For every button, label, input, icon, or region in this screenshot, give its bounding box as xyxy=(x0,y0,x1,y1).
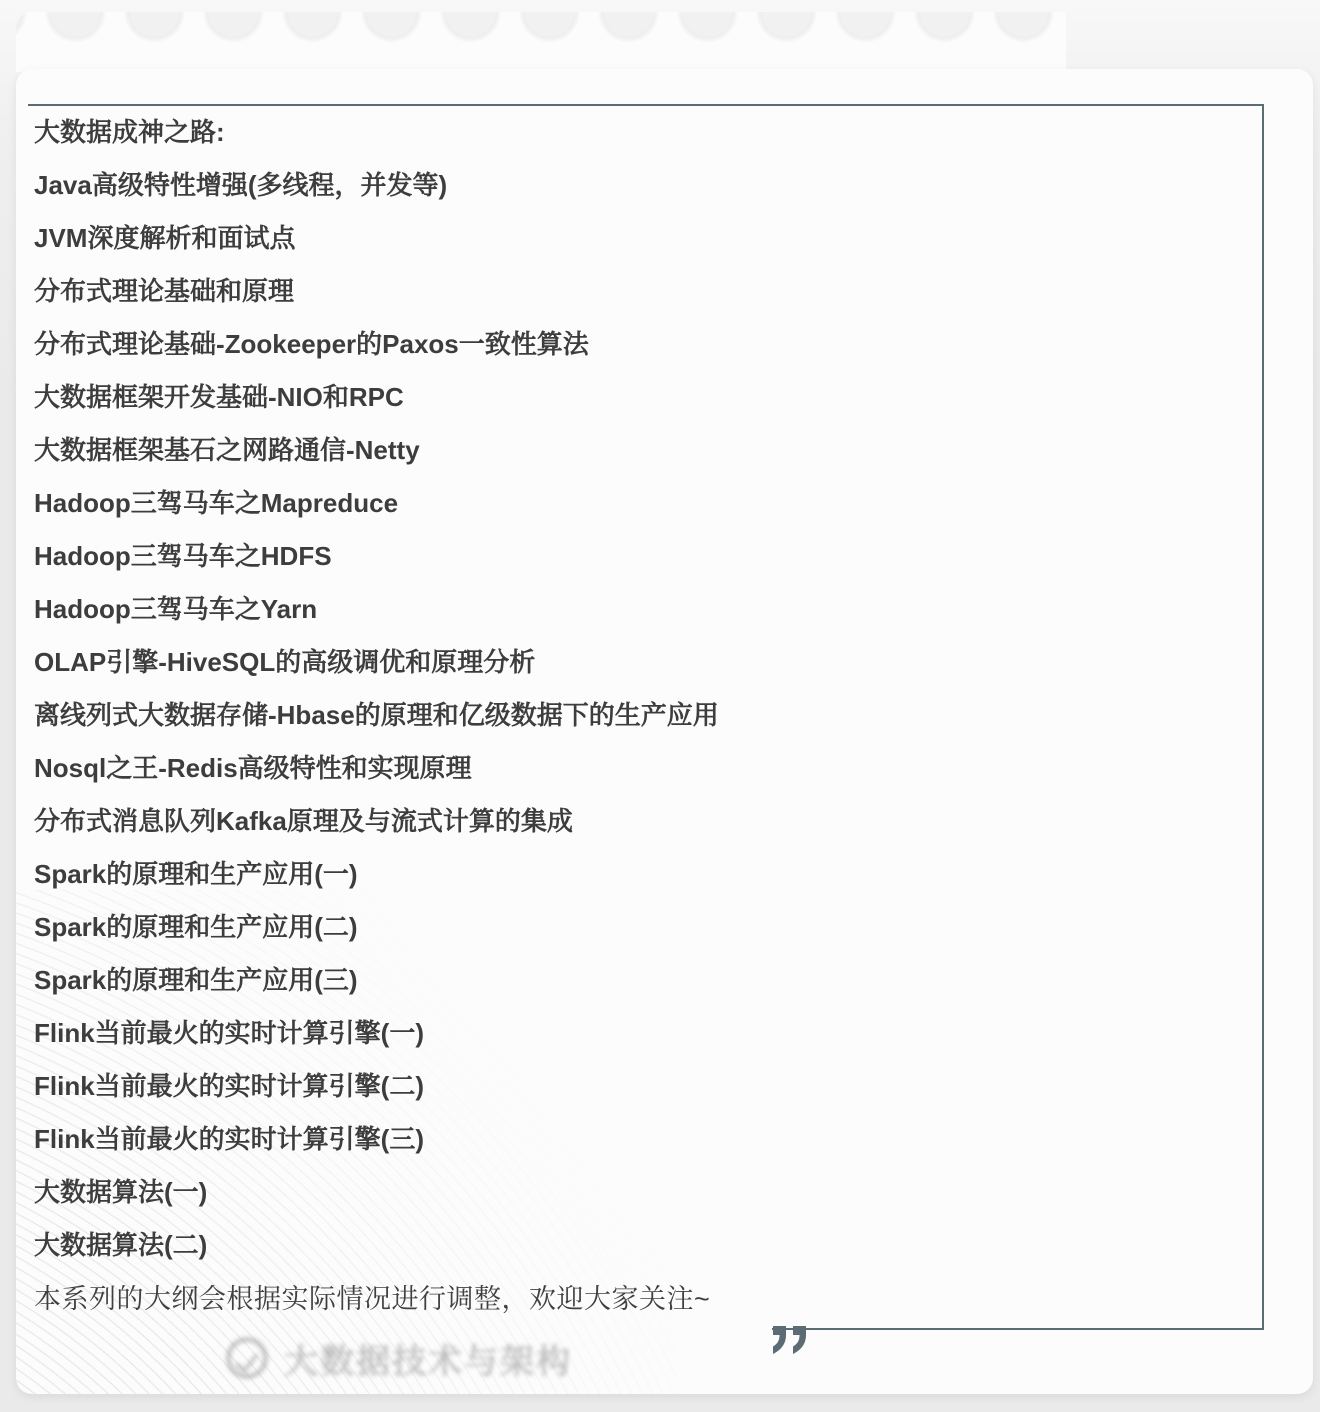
list-item: 大数据框架开发基础-NIO和RPC xyxy=(28,369,1260,422)
list-item: 分布式消息队列Kafka原理及与流式计算的集成 xyxy=(28,793,1260,846)
list-item: Spark的原理和生产应用(三) xyxy=(28,952,1260,1005)
list-item: OLAP引擎-HiveSQL的高级调优和原理分析 xyxy=(28,634,1260,687)
brand-watermark-text: 大数据技术与架构 xyxy=(284,1334,572,1383)
quote-bottom-border xyxy=(772,1328,1262,1330)
list-item: 离线列式大数据存储-Hbase的原理和亿级数据下的生产应用 xyxy=(28,687,1260,740)
list-item: JVM深度解析和面试点 xyxy=(28,210,1260,263)
list-item: Flink当前最火的实时计算引擎(二) xyxy=(28,1058,1260,1111)
list-item: Hadoop三驾马车之Yarn xyxy=(28,581,1260,634)
list-item: Hadoop三驾马车之HDFS xyxy=(28,528,1260,581)
list-item: Flink当前最火的实时计算引擎(三) xyxy=(28,1111,1260,1164)
list-item: Nosql之王-Redis高级特性和实现原理 xyxy=(28,740,1260,793)
list-item: 本系列的大纲会根据实际情况进行调整，欢迎大家关注~ xyxy=(28,1270,1260,1323)
list-item: 大数据框架基石之网路通信-Netty xyxy=(28,422,1260,475)
list-item: Spark的原理和生产应用(二) xyxy=(28,899,1260,952)
list-item: 大数据算法(二) xyxy=(28,1217,1260,1270)
list-item: 分布式理论基础和原理 xyxy=(28,263,1260,316)
card-scalloped-edge xyxy=(16,12,1066,72)
circle-check-logo-icon xyxy=(222,1333,272,1383)
brand-watermark: 大数据技术与架构 xyxy=(226,1332,572,1384)
list-item: Hadoop三驾马车之Mapreduce xyxy=(28,475,1260,528)
list-item: 大数据成神之路: xyxy=(28,104,1260,157)
quote-close-icon xyxy=(770,1326,810,1354)
list-item: Spark的原理和生产应用(一) xyxy=(28,846,1260,899)
list-item: Java高级特性增强(多线程，并发等) xyxy=(28,157,1260,210)
list-item: 分布式理论基础-Zookeeper的Paxos一致性算法 xyxy=(28,316,1260,369)
list-item: 大数据算法(一) xyxy=(28,1164,1260,1217)
list-item: Flink当前最火的实时计算引擎(一) xyxy=(28,1005,1260,1058)
quote-block: 大数据成神之路:Java高级特性增强(多线程，并发等)JVM深度解析和面试点分布… xyxy=(28,104,1264,1330)
quote-lines: 大数据成神之路:Java高级特性增强(多线程，并发等)JVM深度解析和面试点分布… xyxy=(28,104,1260,1323)
